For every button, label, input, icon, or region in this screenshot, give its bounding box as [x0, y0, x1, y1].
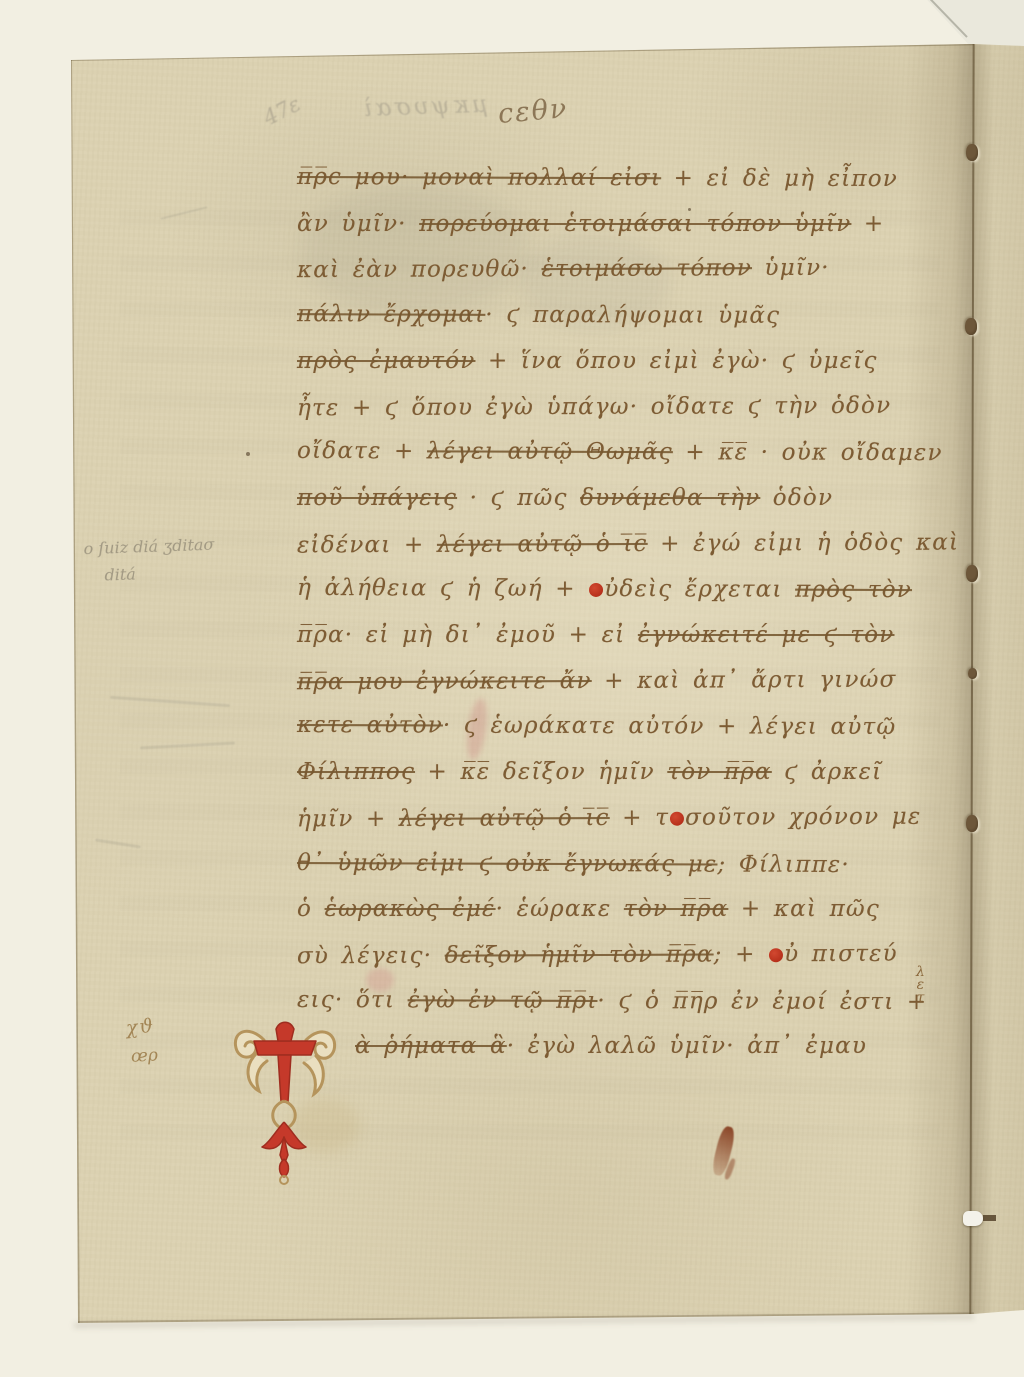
struck-passage: π̅ρ̅ϲ μου· μοναὶ πολλαί εἰσι [297, 164, 661, 191]
struck-passage: λέγει αὐτῷ Θωμᾶς [427, 439, 673, 466]
struck-passage: τὸν π̅ρ̅α [667, 759, 771, 785]
struck-passage: ποῦ ὑπάγεις [297, 485, 457, 511]
struck-passage: ἐγὼ ἐν τῷ π̅ρ̅ι [408, 987, 598, 1014]
struck-passage: θ᾽ ὑμῶν εἰμι ϛ οὐκ ἔγνωκάς με [297, 850, 718, 877]
sewing-hole [966, 815, 978, 832]
margin-note-line-2: ditá [104, 558, 216, 589]
text-line-8: ποῦ ὑπάγεις · ϛ πῶς δυνάμεθα τὴν ὁδὸν [297, 485, 833, 527]
speck [246, 452, 250, 456]
rubric-initial-dot [769, 948, 783, 962]
struck-passage: ἐγνώκειτέ με ϛ τὸν [638, 622, 895, 648]
lection-mark-lower: œρ [130, 1045, 158, 1066]
text-line-20: ὰ ῥήματα ἃ· ἐγὼ λαλῶ ὑμῖν· ἀπ᾽ ἐμαυ [355, 1033, 867, 1075]
struck-passage: Φίλιππος [297, 759, 415, 785]
offset-ghost-text: μκψυσαὶ [360, 90, 489, 122]
rubric-initial-dot [589, 583, 603, 597]
struck-passage: λέγει αὐτῷ ὁ ι̅ϲ̅ [437, 531, 648, 558]
header-ink-mark: ϲεθν [497, 93, 570, 130]
manuscript-page: 47ε μκψυσαὶ ϲεθν π̅ρ̅ϲ μου· μοναὶ πολλαί… [0, 0, 1024, 1377]
text-line-7: οἴδατε + λέγει αὐτῷ Θωμᾶς + κ̅ε̅ · οὐκ ο… [297, 438, 943, 482]
text-line-13: κετε αὐτὸν· ϛ ἑωράκατε αὐτόν + λέγει αὐτ… [297, 712, 896, 756]
text-line-10: ἡ ἀλήθεια ϛ ἡ ζωή + ὐδεὶς ἔρχεται πρὸς τ… [297, 575, 912, 619]
struck-passage: λέγει αὐτῷ ὁ ι̅ϲ̅ [399, 805, 610, 832]
quire-mark: λετ [916, 966, 925, 1005]
text-line-5: πρὸς ἐμαυτόν + ἵνα ὅπου εἰμὶ ἐγὼ· ϛ ὑμεῖ… [297, 348, 878, 390]
text-block: π̅ρ̅ϲ μου· μοναὶ πολλαί εἰσι + εἰ δὲ μὴ … [297, 165, 957, 1125]
struck-passage: πάλιν ἔρχομαι [297, 301, 485, 328]
struck-passage: ἑωρακὼς ἐμέ [325, 896, 496, 922]
struck-passage: ὰ ῥήματα ἃ [355, 1033, 507, 1059]
text-line-4: πάλιν ἔρχομαι· ϛ παραλήψομαι ὑμᾶς [297, 301, 780, 345]
text-line-11: π̅ρ̅α· εἰ μὴ δι᾽ ἐμοῦ + εἰ ἐγνώκειτέ με … [297, 622, 894, 664]
struck-passage: τὸν π̅ρ̅α [624, 896, 728, 922]
text-line-15: ἡμῖν + λέγει αὐτῷ ὁ ι̅ϲ̅ + τσοῦτον χρόνο… [297, 803, 922, 848]
initial-ornament [224, 1008, 346, 1186]
struck-passage: δυνάμεθα τὴν [580, 485, 760, 511]
struck-passage: δεῖξον ἡμῖν τὸν π̅ρ̅α [445, 941, 714, 968]
struck-passage: π̅ρ̅α μου ἐγνώκειτε ἄν [297, 668, 592, 695]
text-line-9: εἰδέναι + λέγει αὐτῷ ὁ ι̅ϲ̅ + ἐγώ εἰμι ἡ… [297, 529, 959, 574]
rubric-initial-dot [670, 811, 684, 825]
text-line-1: π̅ρ̅ϲ μου· μοναὶ πολλαί εἰσι + εἰ δὲ μὴ … [297, 164, 898, 208]
decorated-initial-T [224, 1008, 346, 1186]
text-line-6: ἦτε + ϛ ὅπου ἐγὼ ὑπάγω· οἴδατε ϛ τὴν ὁδὸ… [297, 392, 891, 437]
text-line-12: π̅ρ̅α μου ἐγνώκειτε ἄν + καὶ ἀπ᾽ ἄρτι γι… [297, 666, 897, 711]
margin-note-line-1: o ſuiz diá ʒditaσ [83, 531, 215, 563]
text-line-16: θ᾽ ὑμῶν εἰμι ϛ οὐκ ἔγνωκάς με; Φίλιππε· [297, 850, 850, 894]
struck-passage: πρὸς ἐμαυτόν [297, 348, 475, 374]
manuscript-scan: { "colors": { "mat": "#f2efe2", "parchme… [0, 0, 1024, 1377]
faint-folio-mark: 47ε [260, 92, 305, 131]
sewing-hole [966, 144, 978, 161]
text-line-14: Φίλιππος + κ̅ε̅ δεῖξον ἡμῖν τὸν π̅ρ̅α ϛ … [297, 759, 882, 801]
sewing-thread-tab [963, 1211, 983, 1226]
text-line-19: εις· ὅτι ἐγὼ ἐν τῷ π̅ρ̅ι· ϛ ὁ π̅η̅ρ ἐν ἐ… [297, 986, 928, 1030]
sewing-hole [965, 318, 977, 335]
text-line-17: ὁ ἑωρακὼς ἐμέ· ἑώρακε τὸν π̅ρ̅α + καὶ πῶ… [297, 896, 880, 938]
sewing-hole [966, 565, 978, 582]
lection-mark-upper: χϑ [125, 1015, 156, 1040]
sewing-stitch [983, 1215, 996, 1221]
struck-passage: ἑτοιμάσω τόπον [541, 256, 752, 283]
sewing-hole [968, 668, 977, 679]
margin-note: o ſuiz diá ʒditaσ ditá [83, 531, 216, 590]
struck-passage: πρὸς τὸν [795, 577, 912, 603]
text-line-3: καὶ ἐὰν πορευθῶ· ἑτοιμάσω τόπον ὑμῖν· [297, 255, 830, 299]
text-line-18: σὺ λέγεις· δεῖξον ἡμῖν τὸν π̅ρ̅α; + ὐ πι… [297, 941, 898, 986]
struck-passage: κετε αὐτὸν [297, 712, 443, 739]
quire-mark-letter: τ [917, 992, 925, 1005]
conjoint-leaf-strip [973, 40, 1024, 1316]
text-line-2: ἂν ὑμῖν· πορεύομαι ἑτοιμάσαι τόπον ὑμῖν … [297, 211, 884, 253]
struck-passage: πορεύομαι ἑτοιμάσαι τόπον ὑμῖν [419, 211, 851, 237]
